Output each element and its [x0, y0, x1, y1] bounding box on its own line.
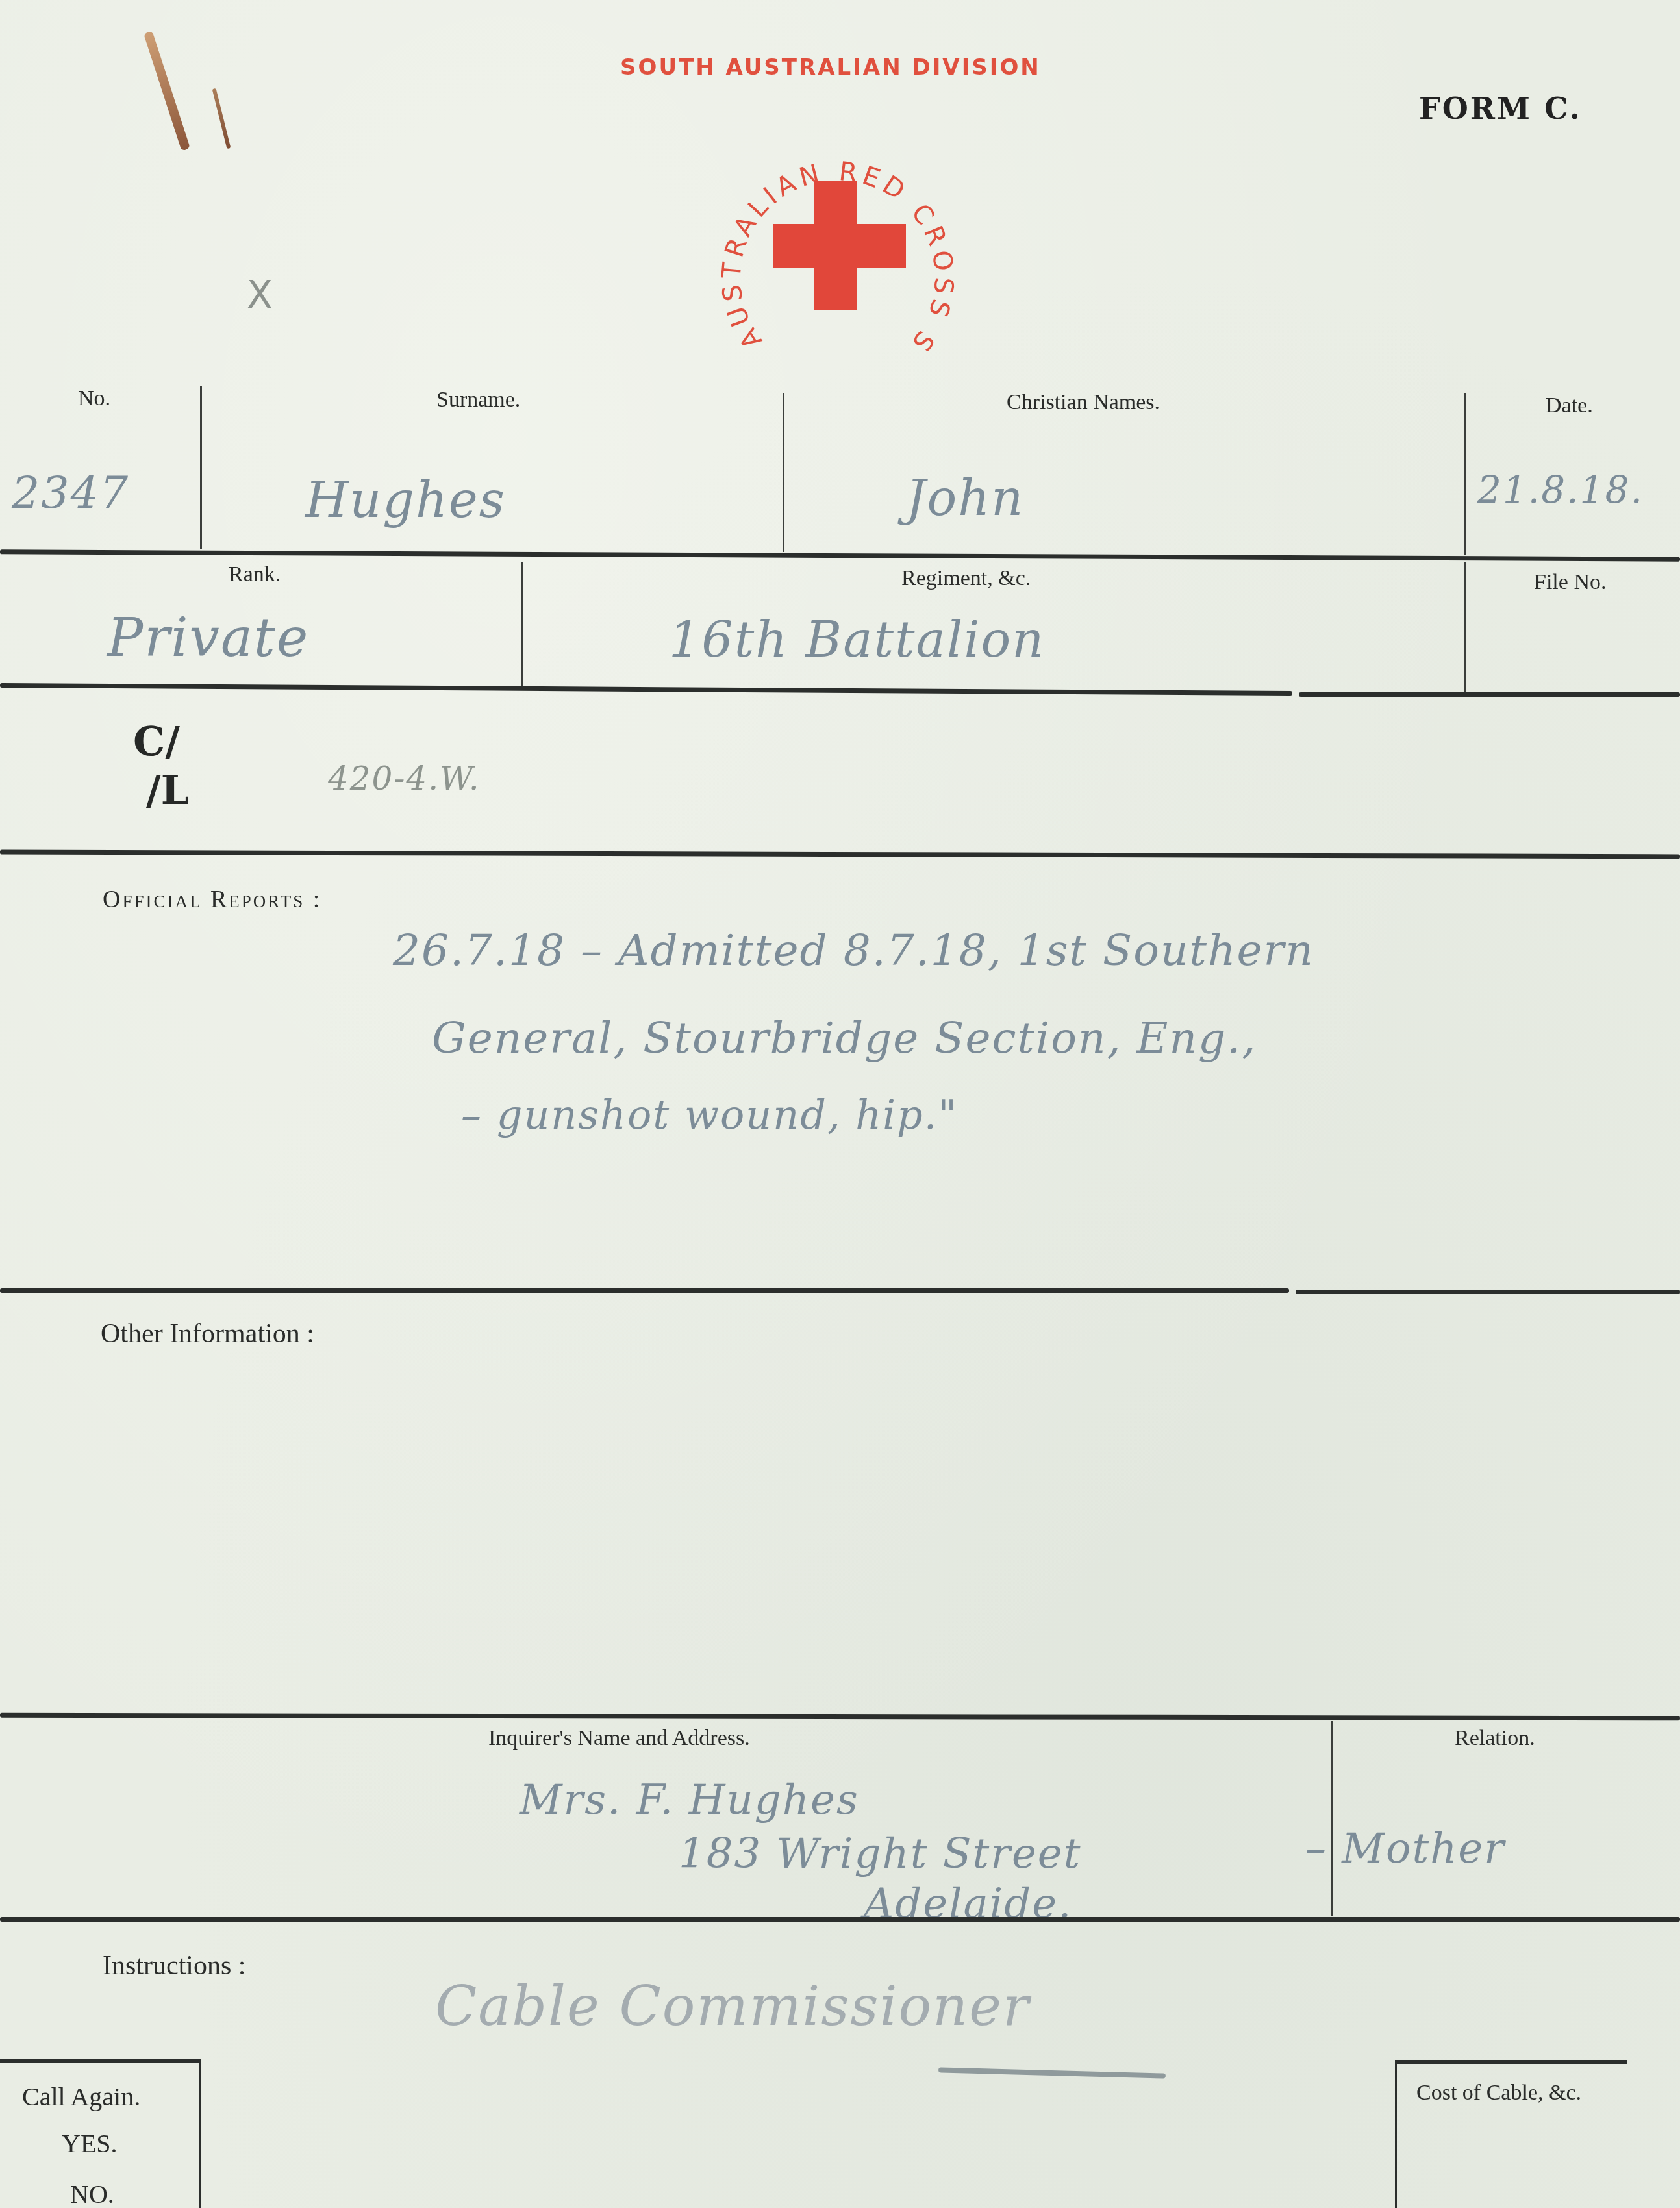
official-reports-label: Official Reports : — [103, 885, 321, 914]
cost-of-cable-label: Cost of Cable, &c. — [1416, 2081, 1581, 2105]
date-field[interactable]: 21.8.18. — [1477, 468, 1644, 512]
handwritten-dash — [938, 2067, 1166, 2078]
call-again-box: Call Again. YES. NO. — [0, 2059, 201, 2208]
section-rule — [0, 549, 1680, 561]
column-divider — [1464, 562, 1466, 692]
rank-label: Rank. — [229, 562, 281, 587]
margin-x-mark: X — [247, 273, 273, 317]
cl-reference-field[interactable]: 420-4.W. — [328, 760, 481, 797]
column-divider — [200, 386, 202, 549]
christian-names-field[interactable]: John — [906, 469, 1024, 527]
report-line: 26.7.18 – Admitted 8.7.18, 1st Southern — [393, 925, 1314, 975]
inquirer-label: Inquirer's Name and Address. — [488, 1726, 750, 1751]
surname-label: Surname. — [436, 388, 520, 412]
column-divider — [1464, 393, 1466, 555]
cl-code-c: C/ — [133, 718, 180, 765]
report-line: General, Stourbridge Section, Eng., — [432, 1013, 1257, 1063]
inquirer-line: 183 Wright Street — [679, 1830, 1081, 1878]
relation-field[interactable]: – Mother — [1305, 1825, 1505, 1873]
section-rule — [0, 850, 1680, 859]
call-again-yes-option[interactable]: YES. — [62, 2128, 118, 2159]
rust-stain — [144, 31, 190, 151]
section-rule — [1299, 692, 1680, 697]
other-information-field[interactable] — [390, 1312, 1624, 1675]
service-number-field[interactable]: 2347 — [12, 468, 129, 519]
red-cross-icon — [773, 224, 906, 268]
regiment-label: Regiment, &c. — [901, 566, 1031, 591]
instructions-field[interactable]: Cable Commissioner — [435, 1974, 1030, 2038]
division-heading: SOUTH AUSTRALIAN DIVISION — [620, 55, 1041, 81]
file-no-label: File No. — [1534, 570, 1606, 595]
rank-field[interactable]: Private — [107, 607, 309, 669]
section-rule — [0, 1288, 1289, 1293]
no-label: No. — [78, 386, 110, 411]
form-label: FORM C. — [1419, 91, 1582, 126]
section-rule — [1296, 1290, 1680, 1294]
call-again-label: Call Again. — [22, 2081, 140, 2112]
inquirer-line: Mrs. F. Hughes — [520, 1776, 859, 1824]
cost-of-cable-box: Cost of Cable, &c. — [1395, 2060, 1680, 2208]
section-rule — [0, 1713, 1680, 1721]
column-divider — [1331, 1721, 1333, 1916]
christian-names-label: Christian Names. — [1007, 390, 1160, 415]
instructions-label: Instructions : — [103, 1950, 245, 1981]
rust-stain — [212, 88, 231, 149]
other-information-label: Other Information : — [101, 1318, 314, 1349]
column-divider — [521, 562, 523, 688]
date-label: Date. — [1546, 394, 1593, 418]
section-rule — [0, 1917, 1680, 1922]
cost-of-cable-field[interactable] — [1410, 2118, 1670, 2196]
section-rule — [0, 683, 1292, 696]
surname-field[interactable]: Hughes — [305, 471, 506, 529]
call-again-no-option[interactable]: NO. — [70, 2179, 114, 2208]
regiment-field[interactable]: 16th Battalion — [669, 610, 1045, 668]
relation-label: Relation. — [1455, 1726, 1535, 1751]
cl-code-l: /L — [146, 766, 189, 814]
report-line: – gunshot wound, hip." — [461, 1091, 958, 1138]
column-divider — [783, 393, 784, 552]
